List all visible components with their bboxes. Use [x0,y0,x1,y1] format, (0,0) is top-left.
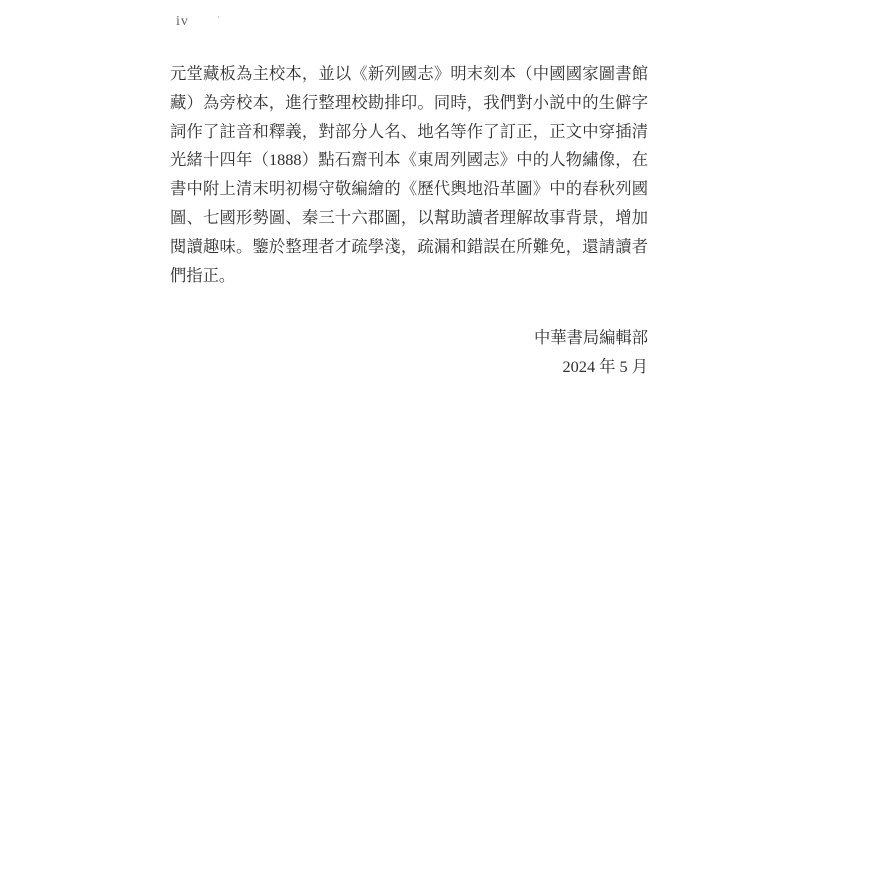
body-line: 們指正。 [170,262,648,291]
signature-author: 中華書局編輯部 [170,323,648,352]
body-line: 元堂藏板為主校本，並以《新列國志》明末刻本（中國國家圖書館 [170,60,648,89]
header-dot-mark: · [217,13,220,22]
body-line: 閱讀趣味。鑒於整理者才疏學淺，疏漏和錯誤在所難免，還請讀者 [170,233,648,262]
book-page: iv · 元堂藏板為主校本，並以《新列國志》明末刻本（中國國家圖書館 藏）為旁校… [0,0,876,876]
body-line: 圖、七國形勢圖、秦三十六郡圖，以幫助讀者理解故事背景，增加 [170,204,648,233]
signature-block: 中華書局編輯部 2024 年 5 月 [170,323,648,381]
signature-date: 2024 年 5 月 [170,352,648,381]
body-line: 書中附上清末明初楊守敬編繪的《歷代輿地沿革圖》中的春秋列國 [170,175,648,204]
preface-body: 元堂藏板為主校本，並以《新列國志》明末刻本（中國國家圖書館 藏）為旁校本，進行整… [170,60,648,290]
body-line: 藏）為旁校本，進行整理校勘排印。同時，我們對小説中的生僻字 [170,89,648,118]
body-line: 詞作了註音和釋義，對部分人名、地名等作了訂正，正文中穿插清 [170,118,648,147]
running-header: iv [176,12,189,32]
body-line: 光緒十四年（1888）點石齋刊本《東周列國志》中的人物繡像，在 [170,146,648,175]
page-number: iv [176,14,189,29]
